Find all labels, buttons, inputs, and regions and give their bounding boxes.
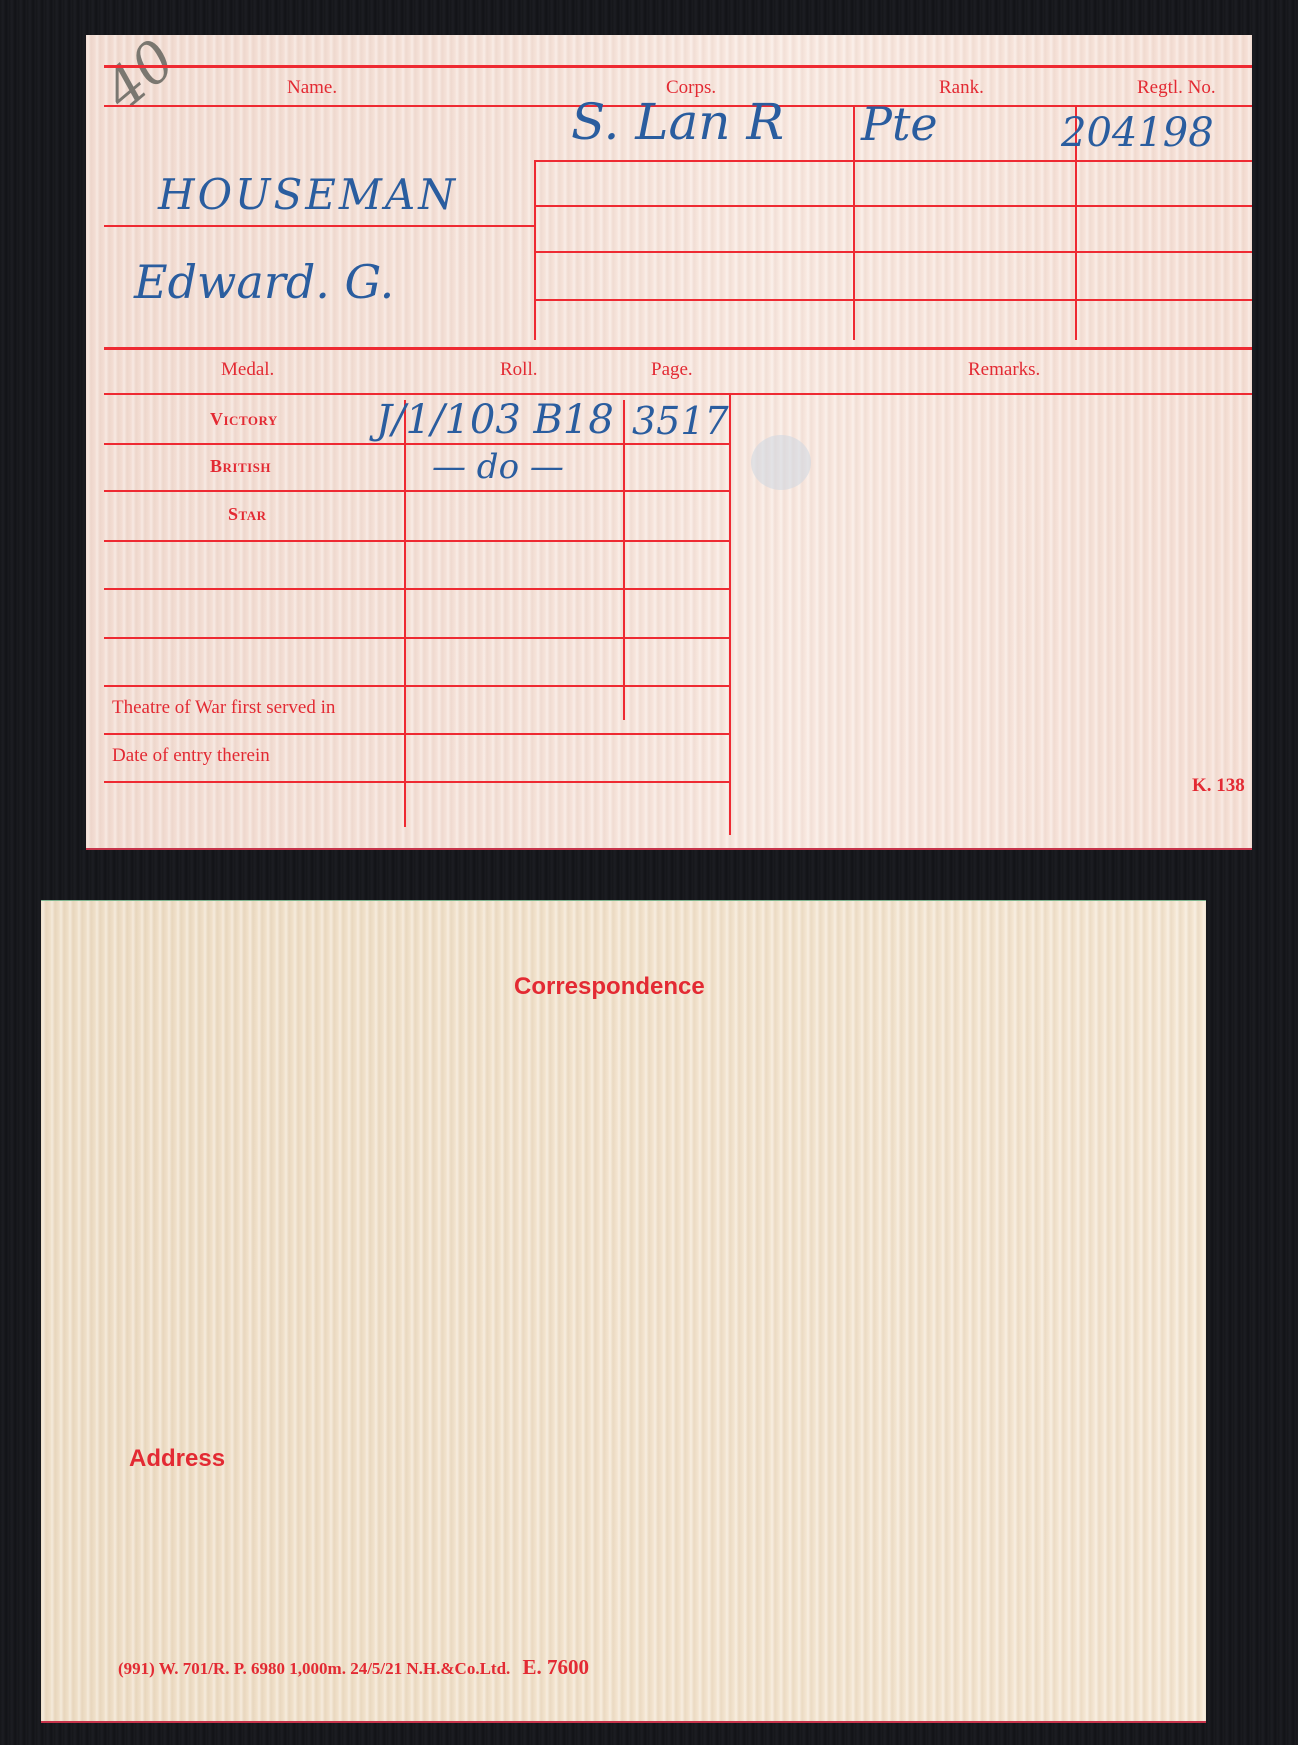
header-rank: Rank.	[939, 77, 984, 99]
rule-corps-3	[534, 251, 1252, 253]
date-of-entry-label: Date of entry therein	[112, 745, 270, 767]
printer-imprint: (991) W. 701/R. P. 6980 1,000m. 24/5/21 …	[118, 1659, 510, 1678]
printer-line: (991) W. 701/R. P. 6980 1,000m. 24/5/21 …	[118, 1655, 589, 1680]
header-name: Name.	[287, 77, 337, 99]
corps-entry: S. Lan R	[571, 93, 784, 151]
rule-row-4	[104, 588, 729, 590]
divider-page-remarks	[729, 395, 731, 835]
medal-star: Star	[228, 504, 267, 525]
rule-medal-header	[104, 393, 1252, 395]
header-roll: Roll.	[500, 359, 537, 381]
medal-victory: Victory	[210, 409, 278, 430]
medal-british: British	[210, 456, 271, 477]
printer-code: E. 7600	[523, 1655, 590, 1679]
rule-surname	[104, 225, 536, 227]
rule-top	[104, 65, 1252, 68]
address-label: Address	[129, 1445, 225, 1473]
header-regtl-no: Regtl. No.	[1137, 77, 1216, 99]
forenames-entry: Edward. G.	[134, 255, 394, 309]
british-roll-entry: — do —	[432, 447, 564, 487]
divider-medal-roll	[404, 400, 406, 827]
medal-card-front: 40 Name. Corps. Rank. Regtl. No. HOUSEMA…	[86, 35, 1252, 850]
rule-row-1	[104, 443, 729, 445]
pencil-mark: 40	[91, 28, 187, 124]
rule-row-8	[104, 781, 729, 783]
rule-corps-1	[534, 160, 1252, 162]
faded-stamp	[751, 435, 811, 490]
divider-roll-page	[623, 400, 625, 720]
rule-row-5	[104, 637, 729, 639]
rule-row-2	[104, 490, 729, 492]
victory-roll-entry: J/1/103 B18	[376, 397, 614, 443]
theatre-of-war-label: Theatre of War first served in	[112, 697, 335, 719]
divider-name-corps	[534, 160, 536, 340]
rule-medal-top	[104, 347, 1252, 350]
rule-corps-2	[534, 205, 1252, 207]
rule-row-7	[104, 733, 729, 735]
divider-corps-rank	[853, 105, 855, 340]
header-remarks: Remarks.	[968, 359, 1040, 381]
rule-row-3	[104, 540, 729, 542]
form-code: K. 138	[1192, 775, 1245, 797]
rank-entry: Pte	[861, 97, 938, 151]
victory-page-entry: 3517	[632, 399, 729, 443]
correspondence-label: Correspondence	[514, 973, 705, 1001]
medal-card-back: Correspondence Address (991) W. 701/R. P…	[41, 900, 1206, 1723]
header-medal: Medal.	[221, 359, 274, 381]
surname-entry: HOUSEMAN	[158, 170, 458, 219]
rule-corps-4	[534, 299, 1252, 301]
header-page: Page.	[651, 359, 693, 381]
regtl-no-entry: 204198	[1061, 110, 1214, 156]
rule-row-6	[104, 685, 729, 687]
